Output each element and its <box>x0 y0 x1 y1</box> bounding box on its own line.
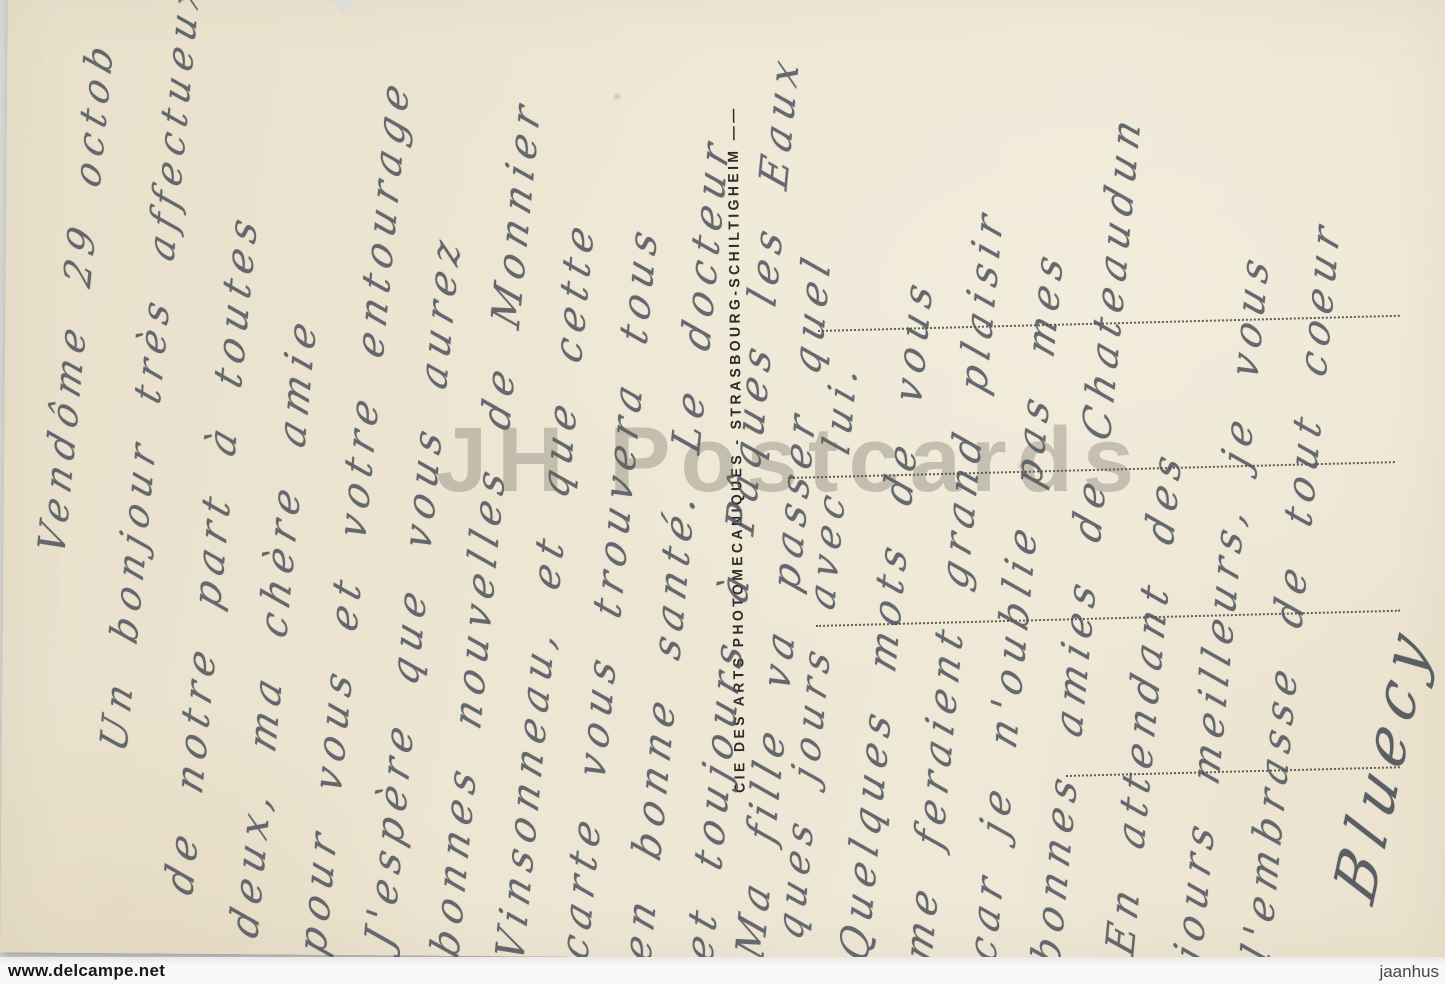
watermark-delcampe-url: www.delcampe.net <box>8 961 165 981</box>
scan-bottom-strip <box>0 957 1445 984</box>
watermark-jaanhus: jaanhus <box>1379 962 1439 982</box>
handwriting-line: Vendôme 29 octob <box>30 32 122 561</box>
watermark-jh-postcards: JH Postcards <box>436 408 1144 513</box>
postcard-scan: CIE DES ARTS PHOTOMECANIQUES - STRASBOUR… <box>0 0 1445 984</box>
handwriting-signature: Bluecy <box>1322 609 1444 914</box>
